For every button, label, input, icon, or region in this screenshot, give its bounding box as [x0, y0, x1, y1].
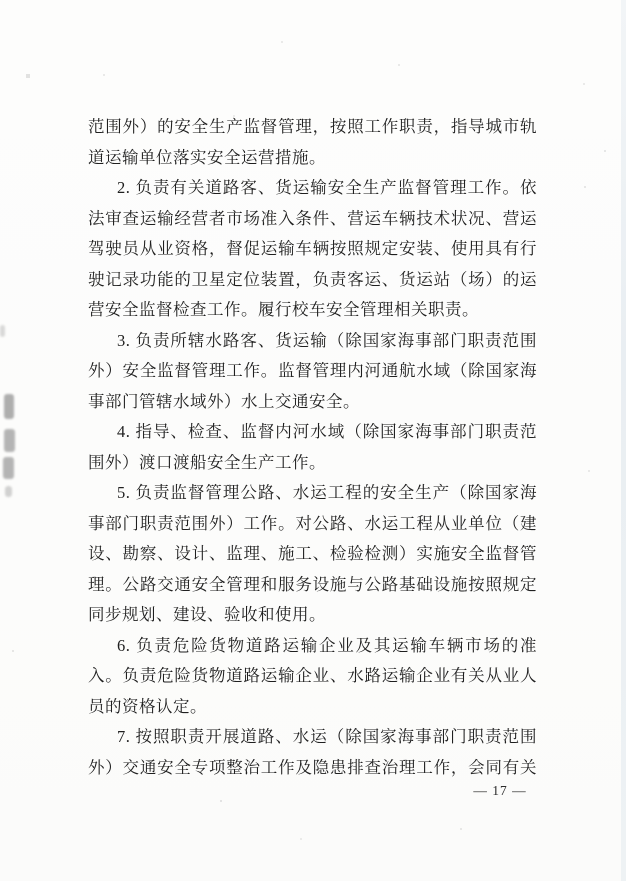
text-line: 5. 负责监督管理公路、水运工程的安全生产（除国家海 [88, 478, 537, 509]
text-line: 4. 指导、检查、监督内河水域（除国家海事部门职责范 [88, 417, 537, 448]
text-line: 同步规划、建设、验收和使用。 [88, 600, 537, 631]
scanned-document-page: 范围外）的安全生产监督管理，按照工作职责，指导城市轨 道运输单位落实安全运营措施… [0, 0, 626, 881]
text-line: 3. 负责所辖水路客、货运输（除国家海事部门职责范围 [88, 326, 537, 357]
text-line: 6. 负责危险货物道路运输企业及其运输车辆市场的准 [88, 631, 537, 662]
text-line: 法审查运输经营者市场准入条件、营运车辆技术状况、营运 [88, 204, 537, 235]
text-line: 事部门职责范围外）工作。对公路、水运工程从业单位（建 [88, 509, 537, 540]
scan-smudge [5, 486, 12, 497]
text-line: 入。负责危险货物道路运输企业、水路运输企业有关从业人 [88, 661, 537, 692]
text-line: 范围外）的安全生产监督管理，按照工作职责，指导城市轨 [88, 112, 537, 143]
text-line: 设、勘察、设计、监理、施工、检验检测）实施安全监督管 [88, 539, 537, 570]
document-body: 范围外）的安全生产监督管理，按照工作职责，指导城市轨 道运输单位落实安全运营措施… [88, 112, 537, 783]
text-line: 外）交通安全专项整治工作及隐患排查治理工作，会同有关 [88, 753, 537, 784]
page-number: — 17 — [464, 783, 536, 799]
text-line: 理。公路交通安全管理和服务设施与公路基础设施按照规定 [88, 570, 537, 601]
text-line: 2. 负责有关道路客、货运输安全生产监督管理工作。依 [88, 173, 537, 204]
text-line: 营安全监督检查工作。履行校车安全管理相关职责。 [88, 295, 537, 326]
text-line: 7. 按照职责开展道路、水运（除国家海事部门职责范围 [88, 722, 537, 753]
scan-noise-specks [0, 0, 2, 2]
text-line: 道运输单位落实安全运营措施。 [88, 143, 537, 174]
scan-edge-strip [621, 0, 626, 881]
scan-smudge [0, 325, 5, 337]
scan-smudge [3, 457, 14, 479]
text-line: 驾驶员从业资格，督促运输车辆按照规定安装、使用具有行 [88, 234, 537, 265]
text-line: 驶记录功能的卫星定位装置，负责客运、货运站（场）的运 [88, 265, 537, 296]
scan-smudge [4, 429, 15, 452]
text-line: 外）安全监督管理工作。监督管理内河通航水域（除国家海 [88, 356, 537, 387]
text-line: 围外）渡口渡船安全生产工作。 [88, 448, 537, 479]
text-line: 事部门管辖水域外）水上交通安全。 [88, 387, 537, 418]
scan-smudge [4, 394, 14, 419]
text-line: 员的资格认定。 [88, 692, 537, 723]
